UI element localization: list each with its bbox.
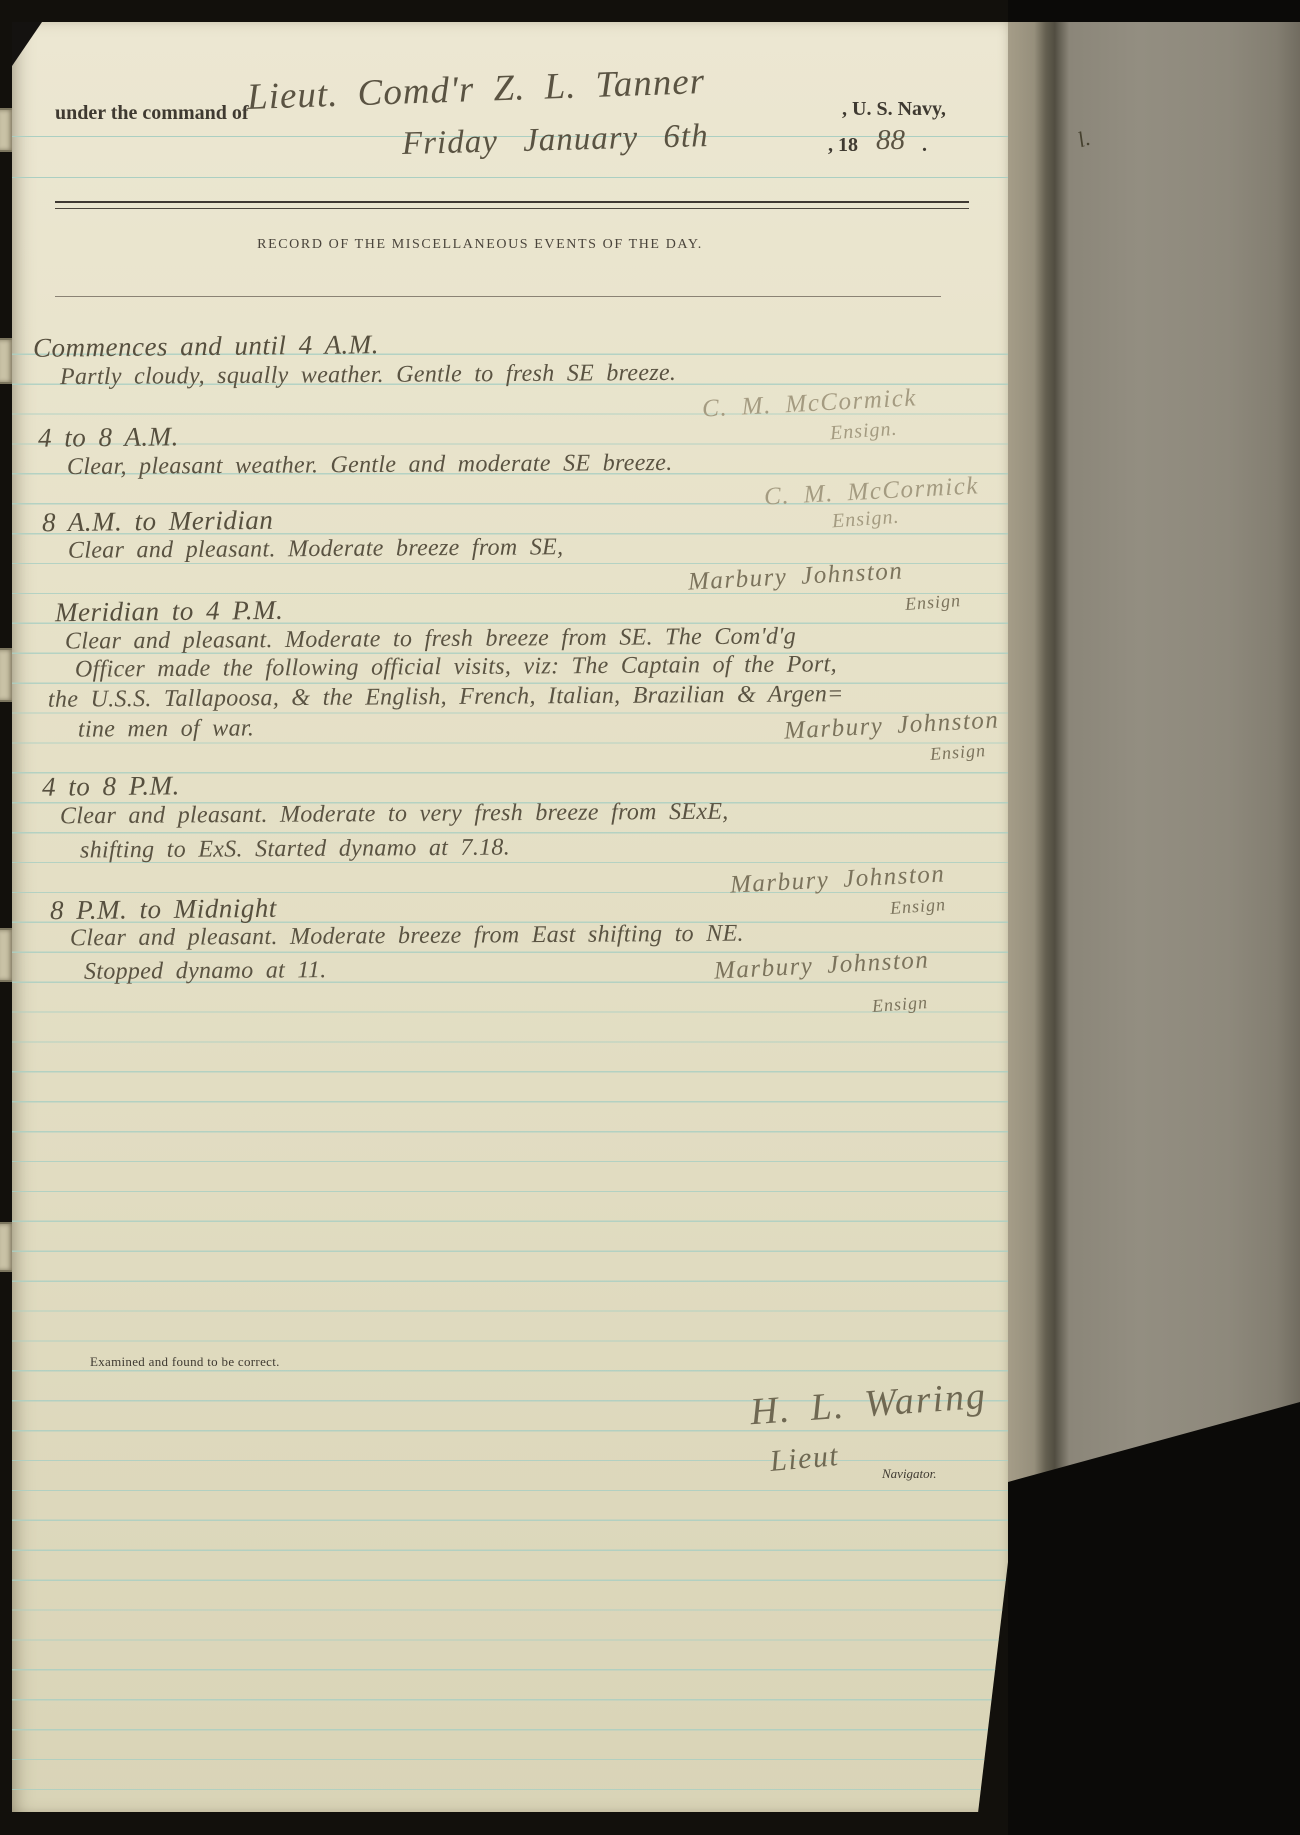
navy-label: , U. S. Navy, — [842, 98, 946, 121]
entry-line: Clear, pleasant weather. Gentle and mode… — [67, 450, 673, 481]
signature-rank: Ensign. — [829, 418, 898, 446]
entry-line: Partly cloudy, squally weather. Gentle t… — [60, 360, 676, 391]
watch-signature: Marbury Johnston — [783, 706, 1000, 745]
binding-stub — [0, 1222, 13, 1272]
entry-heading: 4 to 8 A.M. — [38, 421, 179, 453]
watch-signature: C. M. McCormick — [763, 472, 979, 511]
page-corner-shadow — [12, 22, 42, 66]
watch-signature: Marbury Johnston — [713, 946, 930, 985]
signature-rank: Ensign. — [831, 506, 900, 534]
navigator-signature: H. L. Waring — [749, 1374, 989, 1434]
navigator-rank-handwritten: Lieut — [769, 1439, 841, 1479]
examined-label: Examined and found to be correct. — [90, 1354, 280, 1370]
date-handwritten: Friday January 6th — [402, 118, 709, 163]
entry-heading: 8 P.M. to Midnight — [50, 893, 277, 926]
entry-line: tine men of war. — [78, 715, 254, 743]
signature-rank: Ensign — [904, 590, 961, 615]
entry-line: Clear and pleasant. Moderate to fresh br… — [65, 623, 796, 655]
binding-stub — [0, 338, 13, 384]
ruled-line-header-2 — [12, 177, 1008, 178]
entry-heading: Meridian to 4 P.M. — [55, 595, 284, 628]
entry-line: shifting to ExS. Started dynamo at 7.18. — [80, 834, 510, 864]
year-period: . — [922, 134, 927, 157]
header-thin-rule — [55, 296, 941, 297]
binding-stub — [0, 928, 13, 982]
logbook-page: under the command of Lieut. Comd'r Z. L.… — [12, 22, 1008, 1812]
binding-stub — [0, 648, 13, 702]
commander-signature: Lieut. Comd'r Z. L. Tanner — [246, 60, 705, 119]
entry-line: Officer made the following official visi… — [75, 651, 837, 683]
entry-line: Clear and pleasant. Moderate to very fre… — [60, 799, 729, 831]
signature-rank: Ensign — [871, 992, 928, 1017]
entry-heading: 8 A.M. to Meridian — [42, 505, 274, 538]
watch-signature: Marbury Johnston — [729, 860, 946, 899]
year-handwritten: 88 — [876, 124, 905, 157]
entry-heading: Commences and until 4 A.M. — [33, 329, 379, 364]
entry-line: the U.S.S. Tallapoosa, & the English, Fr… — [48, 681, 844, 714]
year-preprinted: , 18 — [828, 134, 858, 157]
navigator-label: Navigator. — [882, 1466, 937, 1482]
binding-stub — [0, 108, 13, 152]
entry-line: Stopped dynamo at 11. — [84, 957, 327, 986]
entry-line: Clear and pleasant. Moderate breeze from… — [70, 921, 744, 953]
entry-heading: 4 to 8 P.M. — [42, 770, 180, 802]
signature-rank: Ensign — [929, 740, 986, 765]
signature-rank: Ensign — [889, 894, 946, 919]
header-double-rule — [55, 201, 969, 209]
record-title: RECORD OF THE MISCELLANEOUS EVENTS OF TH… — [12, 237, 948, 253]
command-label: under the command of — [55, 102, 249, 125]
right-background — [1008, 0, 1300, 1835]
watch-signature: Marbury Johnston — [687, 557, 904, 596]
adjacent-page-edge — [1008, 22, 1300, 1482]
entry-line: Clear and pleasant. Moderate breeze from… — [68, 534, 564, 564]
